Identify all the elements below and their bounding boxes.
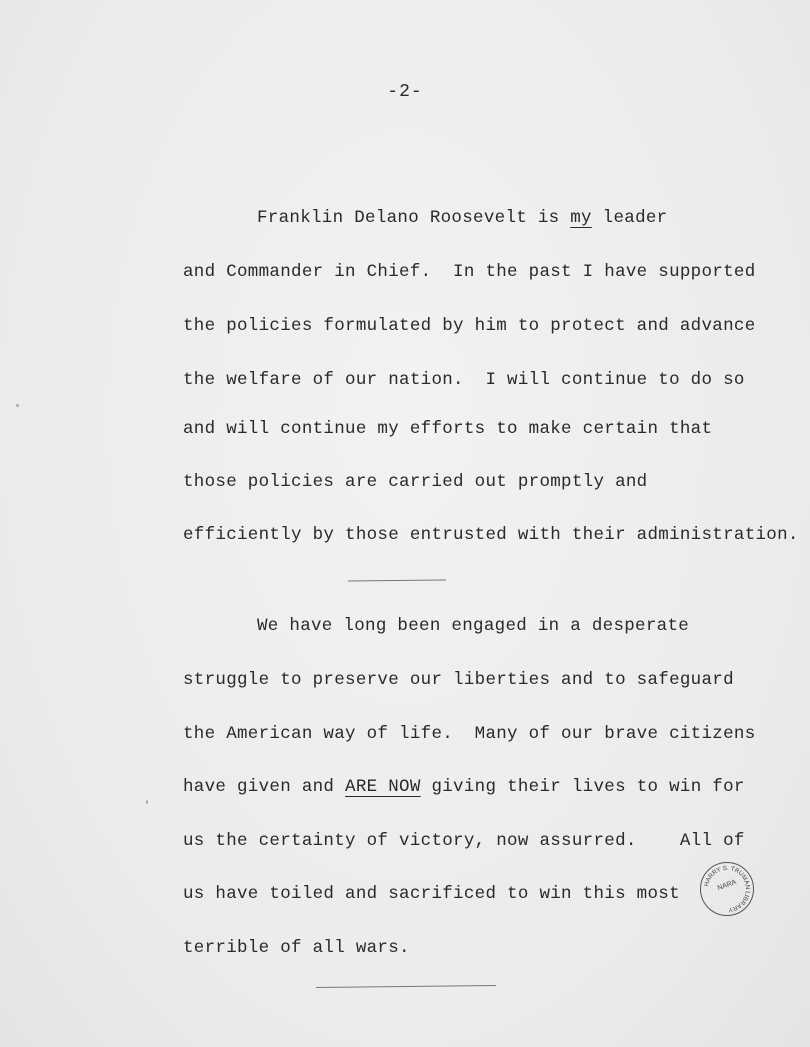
paragraph-1-line-5: and will continue my efforts to make cer… [183,419,712,439]
paragraph-2-line-6: us have toiled and sacrificed to win thi… [183,884,680,904]
text: have given and [183,777,345,797]
paragraph-2-line-7: terrible of all wars. [183,938,410,958]
paragraph-2-line-5: us the certainty of victory, now assurre… [183,831,745,851]
archive-stamp: HARRY S. TRUMAN LIBRARY NARA [700,862,754,916]
paragraph-2-line-3: the American way of life. Many of our br… [183,724,756,744]
paragraph-1-line-7: efficiently by those entrusted with thei… [183,525,799,545]
closing-divider [316,985,496,988]
text: leader [592,208,668,228]
section-divider [348,579,446,581]
paragraph-2-line-2: struggle to preserve our liberties and t… [183,670,734,690]
underlined-phrase: ARE NOW [345,777,421,797]
paragraph-1-line-3: the policies formulated by him to protec… [183,316,756,336]
paragraph-1-line-2: and Commander in Chief. In the past I ha… [183,262,756,282]
underlined-word: my [570,208,592,228]
paper-speck [146,800,148,804]
paragraph-1-line-4: the welfare of our nation. I will contin… [183,370,745,390]
text: giving their lives to win for [421,777,745,797]
paragraph-1-line-6: those policies are carried out promptly … [183,472,647,492]
paragraph-2-line-1: We have long been engaged in a desperate [257,616,689,636]
paragraph-1-line-1: Franklin Delano Roosevelt is my leader [257,208,667,228]
page-number: -2- [0,82,810,102]
paper-speck [16,404,19,407]
document-page: -2- Franklin Delano Roosevelt is my lead… [0,0,810,1047]
text: Franklin Delano Roosevelt is [257,208,570,228]
paragraph-2-line-4: have given and ARE NOW giving their live… [183,777,745,797]
